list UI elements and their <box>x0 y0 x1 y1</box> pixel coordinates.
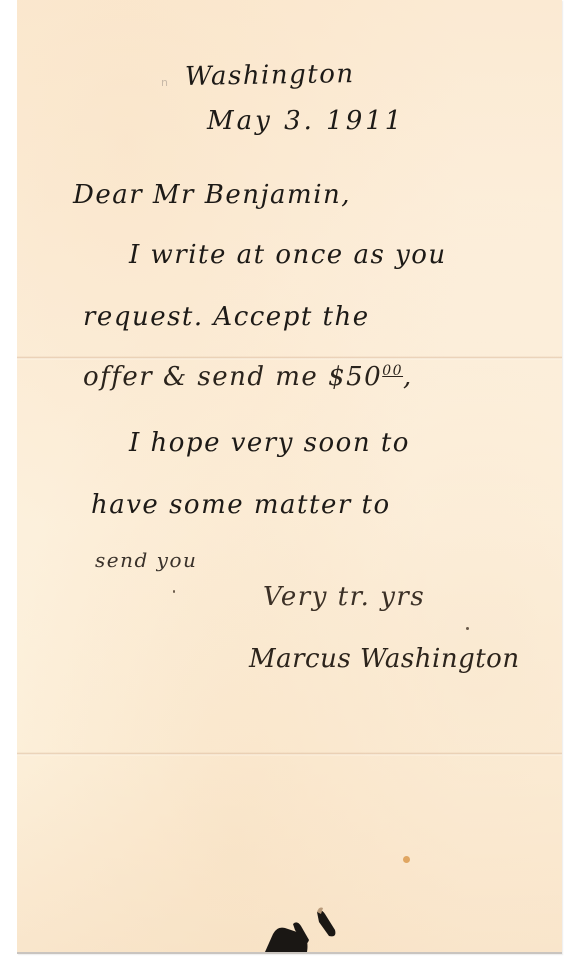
body-line-6: send you <box>95 548 197 572</box>
letter-paper: n Washington May 3. 1911 Dear Mr Benjami… <box>17 0 562 954</box>
body-line-5: have some matter to <box>91 490 391 520</box>
ink-speck <box>466 627 469 630</box>
letter-closing: Very tr. yrs <box>263 582 425 612</box>
faint-pencil-mark: n <box>161 76 168 89</box>
letter-date: May 3. 1911 <box>207 106 404 136</box>
scan-background: n Washington May 3. 1911 Dear Mr Benjami… <box>0 0 576 966</box>
amount-suffix: , <box>403 362 413 392</box>
fold-line-lower <box>17 752 562 756</box>
foxing-stain <box>403 856 410 863</box>
letter-signature: Marcus Washington <box>249 644 520 674</box>
body-line-3-text: offer & send me $50 <box>83 362 382 392</box>
letter-place: Washington <box>185 59 355 92</box>
ink-speck <box>173 590 175 593</box>
fold-line-upper <box>17 356 562 360</box>
body-line-1: I write at once as you <box>129 240 447 270</box>
body-line-4: I hope very soon to <box>129 428 410 458</box>
amount-cents: 00 <box>382 363 403 379</box>
ink-blot-icon <box>263 900 353 952</box>
body-line-3: offer & send me $5000, <box>83 362 413 392</box>
body-line-2: request. Accept the <box>83 302 370 332</box>
letter-salutation: Dear Mr Benjamin, <box>73 180 351 210</box>
